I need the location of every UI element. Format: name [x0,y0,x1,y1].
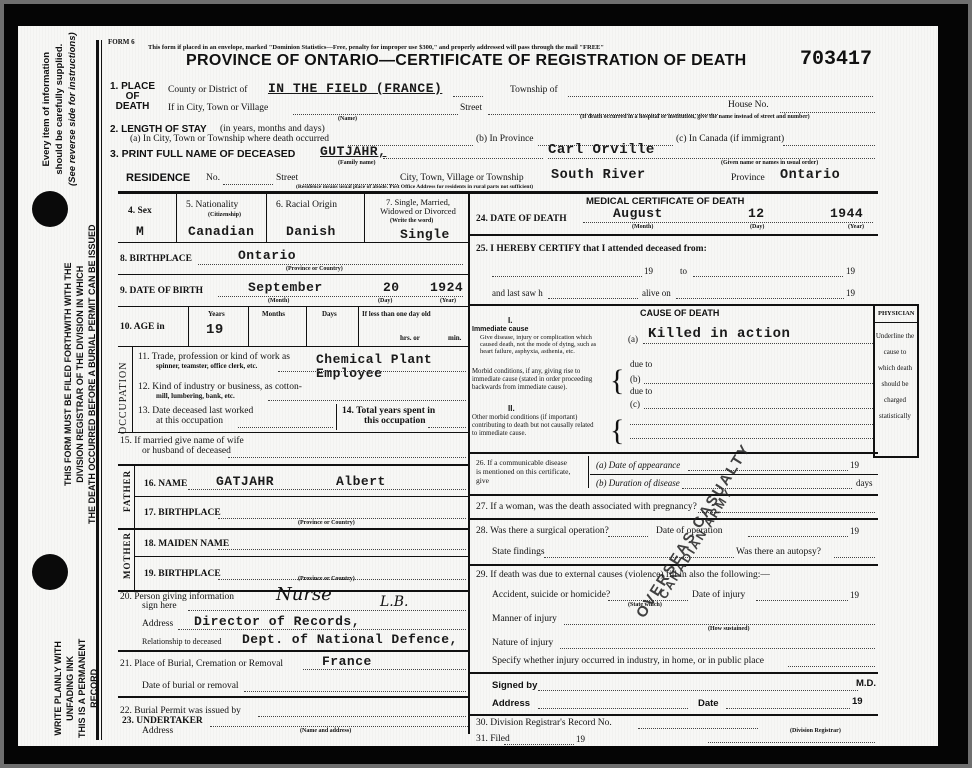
surgical-operation-label: 28. Was there a surgical operation? [476,526,609,536]
nationality-label: 5. Nationality [186,200,238,210]
racial-origin-label: 6. Racial Origin [276,200,337,210]
min-label: min. [448,334,461,342]
cause-b-field[interactable] [644,383,875,384]
days-label: days [856,478,873,488]
last-saw-field[interactable] [548,298,638,299]
divider [96,40,99,740]
residence-no-label: No. [206,173,220,183]
section-ii: II. [508,404,515,413]
residence-street-label: Street [276,173,298,183]
year-prefix: 19 [850,590,859,600]
hint: (Year) [440,298,456,304]
physician-date-label: Date [698,698,719,709]
burial-place-label: 21. Place of Burial, Cremation or Remova… [120,659,283,669]
dob-month-value[interactable]: September [248,280,323,295]
occupation-section-label: OCCUPATION [118,362,129,434]
immediate-cause-hint: Give disease, injury or complication whi… [480,334,598,355]
form-body: FORM 6 This form if placed in an envelop… [108,34,928,739]
brace: { [610,416,624,446]
marital-status-value[interactable]: Single [400,227,450,242]
cause-c-label: (c) [630,399,640,409]
note-line: WRITE PLAINLY WITH [52,639,64,738]
state-findings-field[interactable] [544,557,734,558]
division-registrar-hint: (Division Registrar) [790,728,841,734]
manner-injury-label: Manner of injury [492,614,557,624]
date-injury-label: Date of injury [692,590,745,600]
residence-province-value[interactable]: Ontario [780,168,840,183]
less-than-day-label: If less than one day old [362,310,431,318]
undertaker-label: 23. UNDERTAKER [122,716,203,726]
hint: (Month) [632,224,653,230]
registrar-record-field[interactable] [638,728,758,729]
alive-on-label: alive on [642,288,671,298]
pregnancy-label: 27. If a woman, was the death associated… [476,502,697,512]
township-label: Township of [510,85,558,95]
physician-heading: PHYSICIAN [878,310,914,317]
year-prefix: 19 [846,266,855,276]
hint: (Given name or names in usual order) [721,160,818,166]
other-conditions-field-2[interactable] [630,438,875,439]
note-line: (See reverse side for instructions) [66,32,79,186]
days-label: Days [322,310,337,318]
burial-permit-field[interactable] [258,716,466,717]
sidebar-note-bottom: WRITE PLAINLY WITH UNFADING INK THIS IS … [52,639,100,738]
date-of-death-label: 24. DATE OF DEATH [476,214,567,224]
hint: (Write the word) [390,218,433,224]
hint: (Year) [848,224,864,230]
signed-by-label: Signed by [492,680,537,691]
hint: (Citizenship) [208,212,241,218]
registrar-record-label: 30. Division Registrar's Record No. [476,718,612,728]
medical-heading: MEDICAL CERTIFICATE OF DEATH [586,196,744,207]
certify-label: 25. I HEREBY CERTIFY that I attended dec… [476,244,707,254]
spouse-label: 15. If married give name of wife [120,436,244,446]
date-appearance-field[interactable] [688,470,848,471]
age-label: 10. AGE in [120,322,165,332]
nationality-value[interactable]: Canadian [188,224,254,239]
total-years-label-2: this occupation [364,416,426,426]
note-line: THIS IS A PERMANENT [76,639,88,738]
deceased-name-label: 3. PRINT FULL NAME OF DECEASED [110,148,295,160]
duration-label: (b) Duration of disease [596,478,680,488]
autopsy-label: Was there an autopsy? [736,547,821,557]
specify-location-field[interactable] [788,666,875,667]
physician-date-field[interactable] [726,708,850,709]
operation-date-field[interactable] [748,536,848,537]
birthplace-value[interactable]: Ontario [238,248,296,263]
immediate-cause-label: Immediate cause [472,326,528,333]
informant-signature[interactable]: Nurse [276,584,332,605]
residence-no-field[interactable] [223,184,273,185]
city-field[interactable] [293,114,458,115]
pregnancy-field[interactable] [698,512,875,513]
other-conditions-field-1[interactable] [630,424,875,425]
cause-of-death-heading: CAUSE OF DEATH [640,308,719,318]
manner-injury-field[interactable] [564,624,875,625]
hint: (Month) [268,298,289,304]
cause-c-field[interactable] [644,408,875,409]
to-label: to [680,266,687,276]
dod-year-value[interactable]: 1944 [830,206,863,221]
mother-birthplace-label: 19. BIRTHPLACE [144,569,221,579]
hint: (Day) [750,224,764,230]
brace: { [610,366,624,396]
mother-maiden-name-field[interactable] [218,549,466,550]
hint: (If death occurred in a hospital or inst… [580,114,810,120]
hint: (Family name) [338,160,376,166]
months-label: Months [262,310,285,318]
note-line: DIVISION REGISTRAR OF THE DIVISION IN WH… [74,224,86,524]
other-conditions-label: Other morbid conditions (if important) c… [472,414,600,438]
date-of-birth-label: 9. DATE OF BIRTH [120,286,203,296]
sidebar-note-top: Every item of information should be care… [40,32,79,186]
communicable-disease-label: 26. If a communicable disease is mention… [476,458,572,485]
last-worked-label-2: at this occupation [156,416,223,426]
spouse-label-2: or husband of deceased [142,446,231,456]
informant-address-label: Address [142,619,173,629]
year-prefix: 19 [846,288,855,298]
year-prefix: 19 [850,460,859,470]
nature-injury-label: Nature of injury [492,638,553,648]
house-no-label: House No. [728,100,769,110]
sidebar-note-middle: THIS FORM MUST BE FILED FORTHWITH WITH T… [62,224,98,524]
marital-status-label: 7. Single, Married, Widowed or Divorced [370,198,466,216]
trade-label-example: spinner, teamster, office clerk, etc. [156,362,257,370]
year-prefix: 19 [850,526,859,536]
burial-place-value[interactable]: France [322,654,372,669]
state-findings-label: State findings [492,547,545,557]
county-value[interactable]: IN THE FIELD (FRANCE) [268,81,442,96]
attended-from-field[interactable] [492,276,642,277]
mother-section-label: MOTHER [122,532,132,579]
page-title: PROVINCE OF ONTARIO—CERTIFICATE OF REGIS… [186,52,747,70]
burial-permit-address-label: Address [142,726,173,736]
cause-b-label: (b) [630,374,641,384]
industry-label: 12. Kind of industry or business, as cot… [138,382,302,392]
alive-on-field[interactable] [676,298,844,299]
father-birthplace-label: 17. BIRTHPLACE [144,508,221,518]
filed-label: 31. Filed [476,734,510,744]
residence-city-value[interactable]: South River [551,168,646,183]
last-saw-label: and last saw h [492,288,543,298]
racial-origin-value[interactable]: Danish [286,224,336,239]
filed-field[interactable] [504,744,574,745]
trade-value[interactable]: Chemical Plant [316,352,432,367]
trade-value-line-2[interactable]: Employee [316,366,382,381]
physician-address-label: Address [492,698,530,709]
father-given-value[interactable]: Albert [336,474,386,489]
last-worked-field[interactable] [238,427,333,428]
residence-city-label: City, Town, Village or Township [400,173,524,183]
father-name-label: 16. NAME [144,479,187,489]
deceased-given-names[interactable]: Carl Orville [548,142,655,158]
signed-by-field[interactable] [538,690,858,691]
duration-field[interactable] [682,488,852,489]
attended-to-field[interactable] [693,276,843,277]
place-of-death-label: 1. PLACE OF DEATH [110,82,155,112]
dod-day-value[interactable]: 12 [748,206,765,221]
hint: (Day) [378,298,392,304]
residence-label: RESIDENCE [126,172,190,184]
due-to-label: due to [630,386,652,396]
serial-number: 703417 [800,48,872,71]
stay-province-label: (b) In Province [476,134,534,144]
year-prefix: 19 [644,266,653,276]
stay-city-label: (a) In City, Town or Township where deat… [130,134,329,144]
morbid-conditions-label: Morbid conditions, if any, giving rise t… [472,368,600,392]
note-line: UNFADING INK [64,639,76,738]
dod-month-value[interactable]: August [613,206,663,221]
informant-initials: L.B. [380,594,409,610]
hint: (Province or Country) [298,576,355,582]
form-number: FORM 6 [108,38,135,46]
year-prefix: 19 [852,696,863,707]
surgical-operation-field[interactable] [608,536,648,537]
house-no-field[interactable] [780,112,875,113]
stay-canada-label: (c) In Canada (if immigrant) [676,134,784,144]
mother-maiden-name-label: 18. MAIDEN NAME [144,539,229,549]
birthplace-label: 8. BIRTHPLACE [120,254,192,264]
dob-year-value[interactable]: 1924 [430,280,463,295]
md-label: M.D. [856,678,876,689]
total-years-label: 14. Total years spent in [342,406,435,416]
sex-label: 4. Sex [128,206,152,216]
age-years-value[interactable]: 19 [206,322,224,338]
mail-notice: This form if placed in an envelope, mark… [148,44,604,51]
years-label: Years [208,310,225,318]
street-label: Street [460,103,482,113]
section-i: I. [508,316,512,325]
dob-day-value[interactable]: 20 [383,280,400,295]
cause-a-value[interactable]: Killed in action [648,326,790,342]
sex-value[interactable]: M [136,224,144,239]
hint: (in years, months and days) [220,124,325,134]
relationship-label: Relationship to deceased [142,637,222,646]
punch-hole [32,554,68,590]
nature-injury-field[interactable] [560,648,875,649]
city-label: If in City, Town or Village [168,103,268,113]
hrs-label: hrs. or [400,334,420,342]
county-label: County or District of [168,85,247,95]
date-appearance-label: (a) Date of appearance [596,460,680,470]
hint: (Residence means usual place of abode. P… [296,184,533,190]
sidebar-notes: Every item of information should be care… [18,26,100,746]
death-certificate: Every item of information should be care… [18,26,938,746]
accident-label: Accident, suicide or homicide? [492,590,610,600]
informant-sign-label: sign here [142,601,177,611]
divider [118,191,878,194]
father-birthplace-field[interactable] [218,518,466,519]
division-registrar-field[interactable] [708,742,875,743]
note-line: Every item of information [40,32,53,186]
father-surname-value[interactable]: GATJAHR [216,474,274,489]
autopsy-field[interactable] [834,557,875,558]
physician-note: Underline the cause to which death shoul… [875,328,915,424]
hint: (How sustained) [708,626,750,632]
divider [468,194,470,734]
hint: (Province or Country) [298,520,355,526]
stay-canada-field[interactable] [783,145,875,146]
father-section-label: FATHER [122,470,132,512]
burial-date-label: Date of burial or removal [142,681,239,691]
hint: (Name and address) [300,728,351,734]
external-causes-label: 29. If death was due to external causes … [476,570,770,580]
divider [101,40,102,740]
hint: (Province or Country) [286,266,343,272]
year-prefix: 19 [576,734,585,744]
undertaker-field[interactable] [210,726,468,727]
township-field[interactable] [568,96,873,97]
burial-date-field[interactable] [244,691,466,692]
industry-label-example: mill, lumbering, bank, etc. [156,392,235,400]
burial-permit-label: 22. Burial Permit was issued by [120,706,241,716]
spouse-field[interactable] [228,457,466,458]
hint: (Name) [338,116,357,122]
residence-province-label: Province [731,173,765,183]
note-line: should be carefully supplied. [53,32,66,186]
due-to-label: due to [630,359,652,369]
informant-address-value[interactable]: Director of Records, [194,614,360,629]
trade-label: 11. Trade, profession or kind of work as [138,352,290,362]
specify-location-label: Specify whether injury occurred in indus… [492,656,764,666]
informant-label: 20. Person giving information [120,592,234,602]
punch-hole [32,191,68,227]
relationship-value[interactable]: Dept. of National Defence, [242,632,458,647]
total-years-field[interactable] [428,427,466,428]
physician-address-field[interactable] [538,708,688,709]
last-worked-label: 13. Date deceased last worked [138,406,253,416]
date-injury-field[interactable] [756,600,848,601]
deceased-family-name[interactable]: GUTJAHR, [320,144,386,159]
label-line: DEATH [110,102,155,112]
cause-a-label: (a) [628,334,638,344]
industry-field[interactable] [268,400,466,401]
note-line: THIS FORM MUST BE FILED FORTHWITH WITH T… [62,224,74,524]
